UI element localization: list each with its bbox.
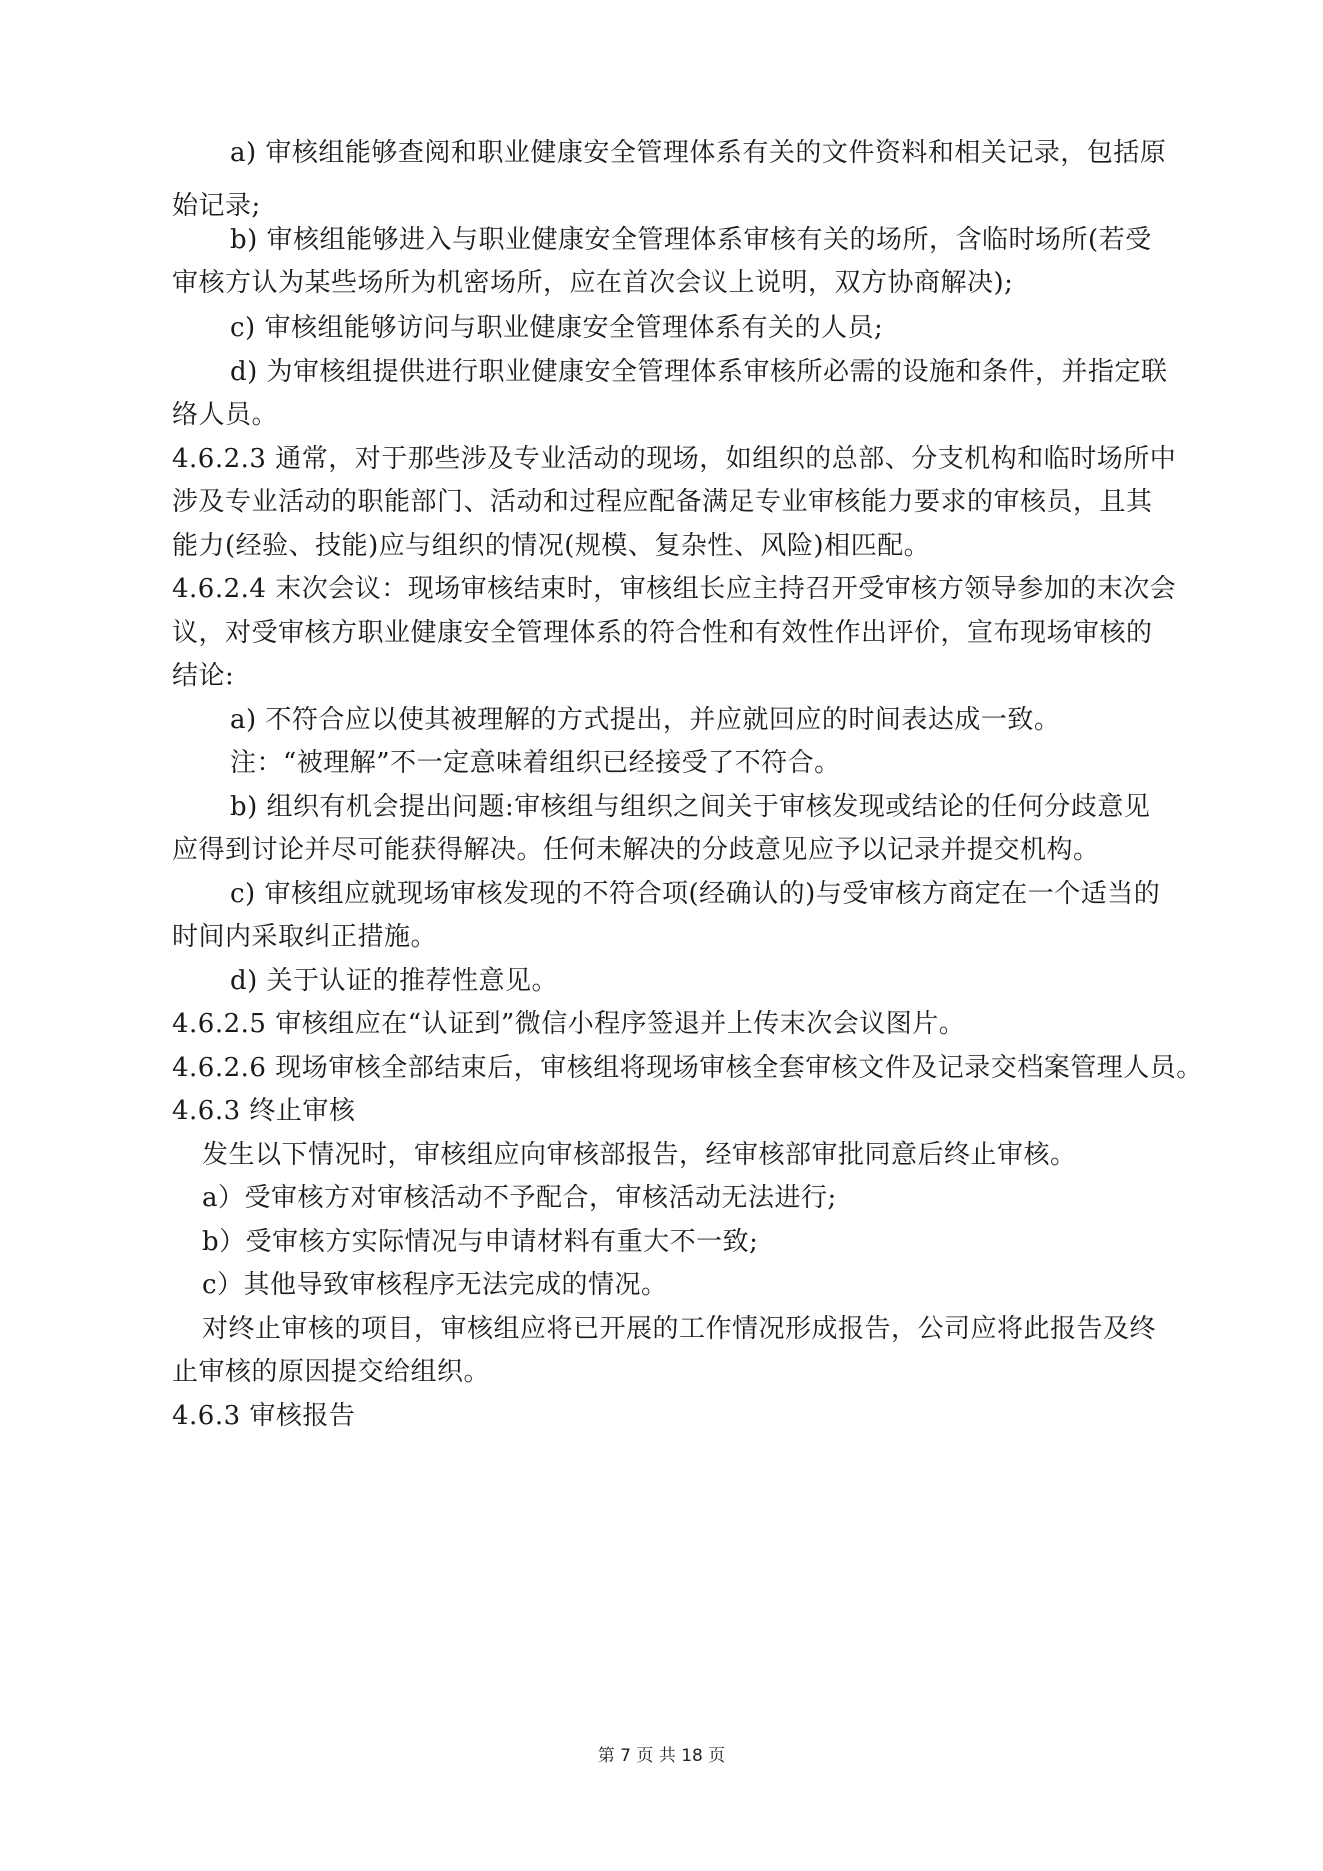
paragraph-line: 应得到讨论并尽可能获得解决。任何未解决的分歧意见应予以记录并提交机构。 [172,833,1192,867]
section-4-6-2-3: 4.6.2.3 通常，对于那些涉及专业活动的现场，如组织的总部、分支机构和临时场… [172,442,1192,476]
list-item: c）其他导致审核程序无法完成的情况。 [202,1268,1222,1302]
paragraph-line: 发生以下情况时，审核组应向审核部报告，经审核部审批同意后终止审核。 [202,1138,1222,1172]
section-4-6-2-5: 4.6.2.5 审核组应在“认证到”微信小程序签退并上传末次会议图片。 [172,1007,1192,1041]
page-number-footer: 第 7 页 共 18 页 [0,1741,1323,1766]
note-line: 注：“被理解”不一定意味着组织已经接受了不符合。 [230,746,1250,780]
paragraph-line: 结论: [172,659,1192,693]
paragraph-line: 络人员。 [172,398,1192,432]
paragraph-line: b) 审核组能够进入与职业健康安全管理体系审核有关的场所，含临时场所(若受 [230,223,1250,257]
paragraph-line: 始记录; [172,189,1192,223]
paragraph-line: 时间内采取纠正措施。 [172,920,1192,954]
paragraph-line: a) 不符合应以使其被理解的方式提出，并应就回应的时间表达成一致。 [230,703,1250,737]
paragraph-line: 能力(经验、技能)应与组织的情况(规模、复杂性、风险)相匹配。 [172,529,1192,563]
paragraph-line: d) 关于认证的推荐性意见。 [230,964,1250,998]
paragraph-line: c) 审核组能够访问与职业健康安全管理体系有关的人员; [230,311,1250,345]
paragraph-line: 对终止审核的项目，审核组应将已开展的工作情况形成报告，公司应将此报告及终 [202,1312,1222,1346]
paragraph-line: d) 为审核组提供进行职业健康安全管理体系审核所必需的设施和条件，并指定联 [230,355,1250,389]
paragraph-line: 涉及专业活动的职能部门、活动和过程应配备满足专业审核能力要求的审核员，且其 [172,485,1192,519]
section-heading-4-6-3-report: 4.6.3 审核报告 [172,1399,1192,1433]
paragraph-line: 审核方认为某些场所为机密场所，应在首次会议上说明，双方协商解决); [172,266,1192,300]
section-4-6-2-4: 4.6.2.4 末次会议：现场审核结束时，审核组长应主持召开受审核方领导参加的末… [172,572,1192,606]
paragraph-line: a) 审核组能够查阅和职业健康安全管理体系有关的文件资料和相关记录，包括原 [230,136,1250,170]
section-4-6-2-6: 4.6.2.6 现场审核全部结束后，审核组将现场审核全套审核文件及记录交档案管理… [172,1051,1192,1085]
list-item: a）受审核方对审核活动不予配合，审核活动无法进行; [202,1181,1222,1215]
section-heading-4-6-3: 4.6.3 终止审核 [172,1094,1192,1128]
paragraph-line: b) 组织有机会提出问题:审核组与组织之间关于审核发现或结论的任何分歧意见 [230,790,1250,824]
document-page: a) 审核组能够查阅和职业健康安全管理体系有关的文件资料和相关记录，包括原 始记… [0,0,1323,1871]
paragraph-line: 止审核的原因提交给组织。 [172,1355,1192,1389]
paragraph-line: 议，对受审核方职业健康安全管理体系的符合性和有效性作出评价，宣布现场审核的 [172,616,1192,650]
paragraph-line: c) 审核组应就现场审核发现的不符合项(经确认的)与受审核方商定在一个适当的 [230,877,1250,911]
list-item: b）受审核方实际情况与申请材料有重大不一致; [202,1225,1222,1259]
